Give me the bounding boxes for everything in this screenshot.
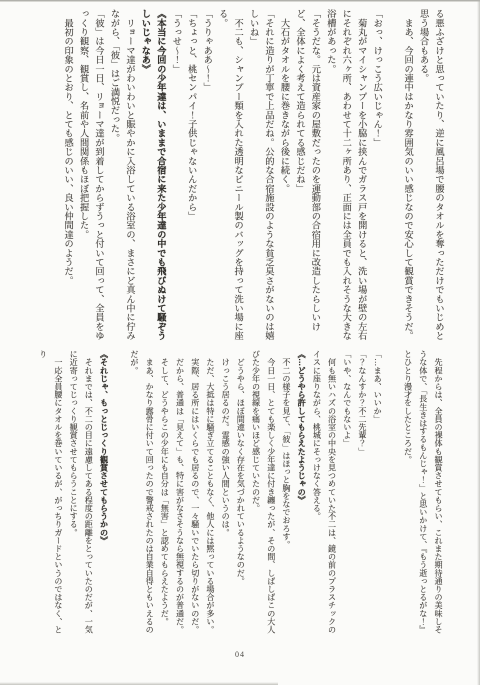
text-paragraph: 「いや、なんでもないよ」: [340, 350, 355, 641]
paragraph-spacer: [384, 9, 399, 343]
scanned-novel-page: る悪ふざけと思っていたり、逆に風呂場で腰のタオルを奪っただけでもいじめと思う場合…: [0, 0, 480, 685]
text-paragraph: 一応全員腰にタオルを巻いているが、がっちりガードというのではなく、とり: [36, 350, 66, 641]
text-paragraph: だから、普通は「見えて」も、特に害がなさそうなら無視するのが普通だ。: [172, 350, 187, 641]
text-paragraph: る悪ふざけと思っていたり、逆に風呂場で腰のタオルを奪っただけでもいじめと思う場合…: [415, 9, 446, 343]
paragraph-spacer: [385, 350, 400, 641]
text-paragraph: そして、どうやらこの少年にも自分は「無害」と認めてもらえたようだ。: [157, 350, 172, 641]
text-paragraph: 何も無いハズの浴室の中央を見つめていた不二は、鏡の前のプラスチックのイスに座りな…: [309, 350, 339, 641]
text-paragraph: まあ、今回の連中はかなり雰囲気のいい感じなので安心して観賞できそうだ。: [400, 9, 415, 343]
text-paragraph: 大石がタオルを腰に巻きながら後に続く。: [276, 9, 291, 343]
page-number: 04: [0, 650, 480, 659]
text-paragraph: 「…まあ、いいか」: [370, 350, 385, 641]
text-paragraph: それまでは、不二の目に遠慮してある程度の距離をとっていたのだが、一気に近寄ってじ…: [66, 350, 96, 641]
text-paragraph: 不二も、シャンプー類を入れた透明なビニール製のバッグを持って洗い場に座る。: [214, 9, 245, 343]
text-band-bottom: 先程からは、全員の裸体も観賞させてもらい、これまた期待通りの美味しそうな体で、「…: [36, 350, 446, 641]
inner-voice-line: 《本当に今回の少年達は、いままで合宿に来た少年達の中でも飛びぬけて騒ぞうしいじゃ…: [137, 9, 168, 343]
text-paragraph: 「ちょっと、桃センパイ！子供じゃないんだから」: [183, 9, 198, 343]
text-paragraph: 「そうだな。元は資産家の屋敷だったのを運動部の合宿用に改造したらしいけど、全体に…: [291, 9, 322, 343]
text-paragraph: ただ、大抵は特に騒ぎ立てることもなく、他人には黙っている場合が多い。: [203, 350, 218, 641]
text-paragraph: 「彼」は今日一日、リョーマ達が到着してからずうっと付いて回って、全員をゆっくり観…: [75, 9, 106, 343]
text-paragraph: 先程からは、全員の裸体も観賞させてもらい、これまた期待通りの美味しそうな体で、「…: [400, 350, 446, 641]
inner-voice-line: 《それじゃ、もっとじっくり観賞させてもらうかの》: [96, 350, 111, 641]
text-paragraph: 「うりゃああ〜！」: [199, 9, 214, 343]
text-paragraph: けっこう居るのだ。霊感の強い人間というのは。: [218, 350, 233, 641]
text-paragraph: 菊丸がマイシャンプーを小脇に挟んでガラス戸を開けると、洗い場が壁の左右にそれぞれ…: [322, 9, 368, 343]
text-paragraph: 今日一日、とても楽しく少年達に付き纏ったが、その間、しばしばこの大人びた少年の視…: [248, 350, 278, 641]
text-paragraph: まあ、かなり露骨に付いて回ったので警戒されたのは自業自得ともいえるのだが。: [127, 350, 157, 641]
text-paragraph: 実際、居る所にはいくらでも居るので、一々騒いでいたら切りがないのだ。: [188, 350, 203, 641]
text-paragraph: 「おっ、けっこう広いじゃん！」: [369, 9, 384, 343]
text-paragraph: 「？なんすか？不二先輩？」: [355, 350, 370, 641]
inner-voice-line: 《…どうやら許してもらえたようじゃの》: [294, 350, 309, 641]
text-paragraph: 不二の様子を見て、「彼」はほっと胸をなでおろす。: [279, 350, 294, 641]
paragraph-spacer: [112, 350, 127, 641]
text-paragraph: 「それに造りが丁寧で上品だね。公的な合宿施設のような貧乏臭さがないのは嬉しいね」: [245, 9, 276, 343]
text-paragraph: 「うっせ〜！」: [168, 9, 183, 343]
text-paragraph: どうやら、ほぼ間違いなく存在を気づかれているようなのだ。: [233, 350, 248, 641]
text-paragraph: 最初の印象のとおり、とても感じのいい、良い仲間達のようだ。: [60, 9, 75, 343]
scan-edge-top-artifact: [0, 0, 480, 2]
text-band-top: る悪ふざけと思っていたり、逆に風呂場で腰のタオルを奪っただけでもいじめと思う場合…: [60, 9, 446, 343]
text-paragraph: リョーマ達がわいわいと賑やかに入浴している浴室の、まさにど真ん中に佇みながら、「…: [106, 9, 137, 343]
